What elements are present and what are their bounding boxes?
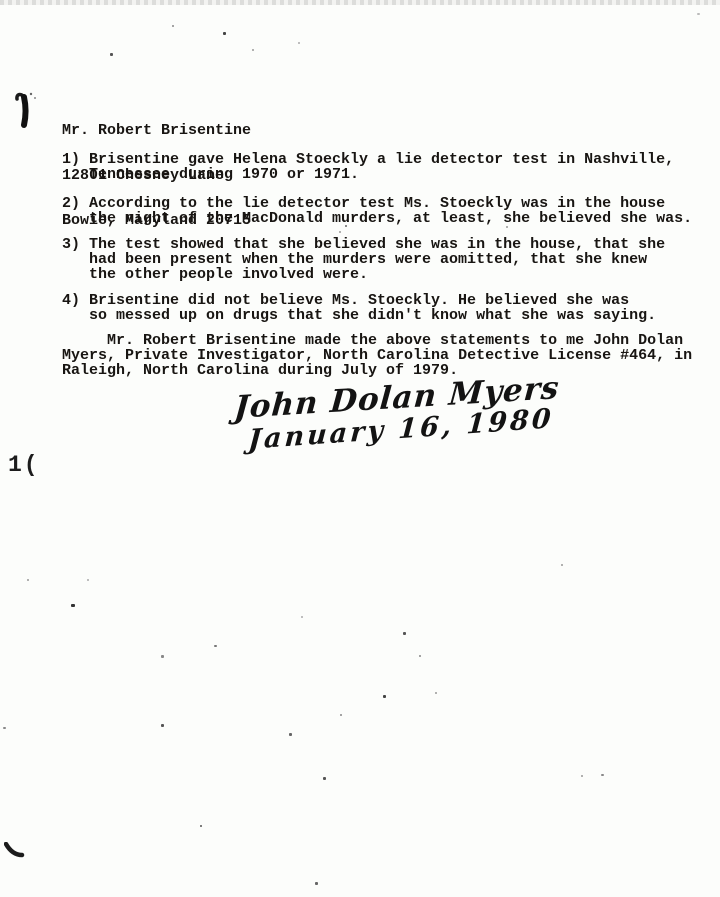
scan-speck xyxy=(419,655,421,657)
item-2-text: According to the lie detector test Ms. S… xyxy=(89,196,692,226)
scan-speck xyxy=(3,727,6,729)
scan-speck xyxy=(298,42,300,44)
scan-speck xyxy=(345,225,347,227)
scan-edge-artifact xyxy=(0,0,720,5)
scan-speck xyxy=(223,32,226,35)
scan-speck xyxy=(697,13,700,15)
scan-speck xyxy=(561,564,563,566)
item-3-text: The test showed that she believed she wa… xyxy=(89,237,665,282)
item-1-number: 1) xyxy=(62,152,89,167)
scan-speck xyxy=(506,226,508,228)
document-page: Mr. Robert Brisentine 12801 Chesney Lane… xyxy=(0,0,720,897)
pen-mark-f-icon xyxy=(12,90,38,136)
statement-item-1: 1)Brisentine gave Helena Stoeckly a lie … xyxy=(62,152,674,182)
item-1-text: Brisentine gave Helena Stoeckly a lie de… xyxy=(89,152,674,182)
scan-speck xyxy=(252,49,254,51)
scan-speck xyxy=(87,579,89,581)
scan-speck xyxy=(403,632,406,635)
scan-speck xyxy=(161,724,164,727)
item-3-number: 3) xyxy=(62,237,89,252)
scan-speck xyxy=(435,692,437,694)
scan-speck xyxy=(315,882,318,885)
scan-speck xyxy=(172,25,174,27)
scan-speck xyxy=(301,616,303,618)
closing-paragraph: Mr. Robert Brisentine made the above sta… xyxy=(62,333,692,378)
scan-speck xyxy=(71,604,75,607)
pen-stroke-curve-icon xyxy=(4,842,26,860)
scan-speck xyxy=(340,714,342,716)
statement-item-4: 4)Brisentine did not believe Ms. Stoeckl… xyxy=(62,293,656,323)
item-4-text: Brisentine did not believe Ms. Stoeckly.… xyxy=(89,293,656,323)
scan-speck xyxy=(451,334,453,336)
pen-mark-bottom: 1( xyxy=(8,453,40,477)
scan-speck xyxy=(289,733,292,736)
scan-speck xyxy=(161,655,164,658)
statement-item-2: 2)According to the lie detector test Ms.… xyxy=(62,196,692,226)
scan-speck xyxy=(27,579,29,581)
scan-speck xyxy=(200,825,202,827)
scan-speck xyxy=(323,777,326,780)
scan-speck xyxy=(601,774,604,776)
statement-item-3: 3)The test showed that she believed she … xyxy=(62,237,665,282)
scan-speck xyxy=(339,231,341,233)
recipient-name: Mr. Robert Brisentine xyxy=(62,123,251,138)
scan-speck xyxy=(581,775,583,777)
item-2-number: 2) xyxy=(62,196,89,211)
scan-speck xyxy=(110,53,113,56)
scan-speck xyxy=(214,645,217,647)
item-4-number: 4) xyxy=(62,293,89,308)
scan-speck xyxy=(383,695,386,698)
